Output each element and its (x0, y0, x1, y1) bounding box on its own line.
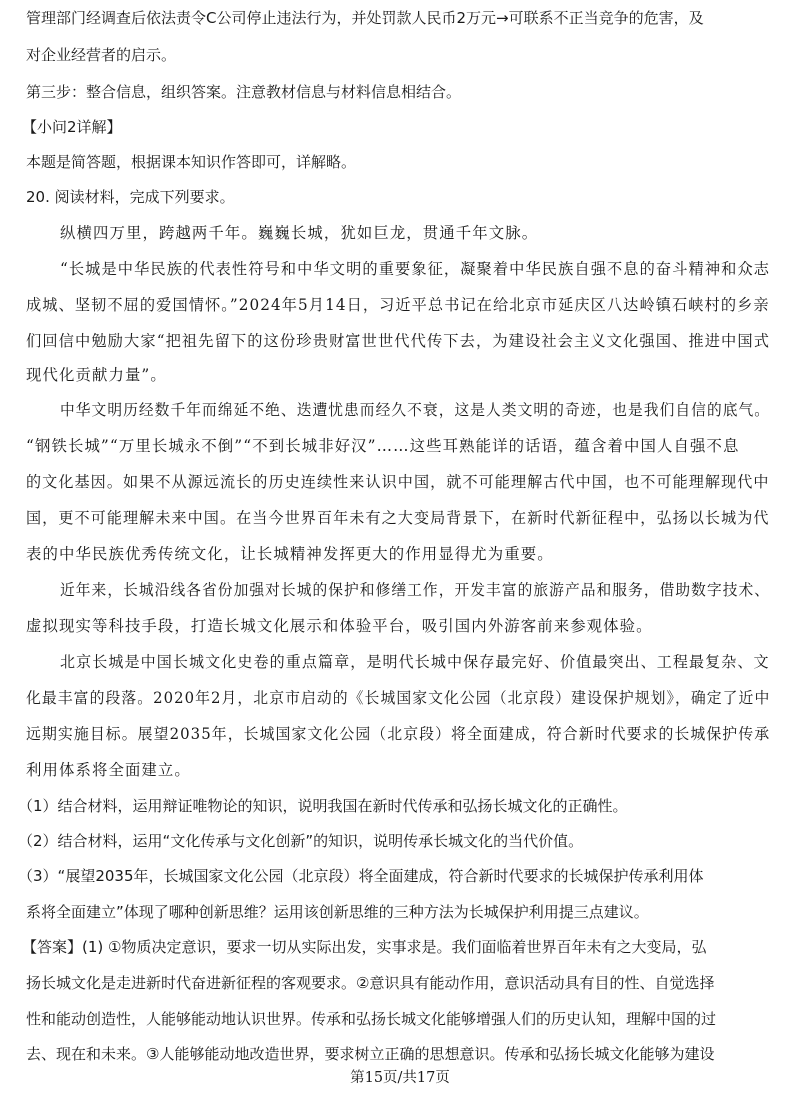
text-line: （2）结合材料，运用“文化传承与文化创新”的知识，说明传承长城文化的当代价值。 (18, 831, 583, 851)
text-line: 扬长城文化是走进新时代奋进新征程的客观要求。②意识具有能动作用，意识活动具有目的… (26, 973, 714, 993)
text-line: 纵横四万里，跨越两千年。巍巍长城，犹如巨龙，贯通千年文脉。 (60, 223, 538, 243)
text-line: 性和能动创造性，人能够能动地认识世界。传承和弘扬长城文化能够增强人们的历史认知，… (26, 1009, 716, 1029)
text-line: 们回信中勉励大家“把祖先留下的这份珍贵财富世世代代传下去，为建设社会主义文化强国… (26, 331, 770, 351)
text-line: 国，更不可能理解未来中国。在当今世界百年未有之大变局背景下，在新时代新征程中，弘… (26, 508, 770, 528)
text-line: “长城是中华民族的代表性符号和中华文明的重要象征，凝聚着中华民族自强不息的奋斗精… (60, 259, 770, 279)
text-line: 去、现在和未来。③人能够能动地改造世界，要求树立正确的思想意识。传承和弘扬长城文… (26, 1044, 714, 1064)
text-line: （3）“展望2035年，长城国家文化公园（北京段）将全面建成，符合新时代要求的长… (18, 866, 704, 886)
text-line: 对企业经营者的启示。 (26, 45, 176, 65)
text-line: 虚拟现实等科技手段，打造长城文化展示和体验平台，吸引国内外游客前来参观体验。 (26, 616, 653, 636)
text-line: 系将全面建立”体现了哪种创新思维？运用该创新思维的三种方法为长城保护利用提三点建… (26, 902, 649, 922)
page-number-footer: 第15页/共17页 (0, 1066, 800, 1087)
text-line: 第三步：整合信息，组织答案。注意教材信息与材料信息相结合。 (26, 82, 461, 102)
text-line: （1）结合材料，运用辩证唯物论的知识，说明我国在新时代传承和弘扬长城文化的正确性… (18, 796, 628, 816)
text-line: 近年来，长城沿线各省份加强对长城的保护和修缮工作，开发丰富的旅游产品和服务，借助… (60, 580, 770, 600)
text-line: 成城、坚韧不屈的爱国情怀。”2024年5月14日，习近平总书记在给北京市延庆区八… (26, 295, 770, 315)
text-line: 中华文明历经数千年而绵延不绝、迭遭忧患而经久不衰，这是人类文明的奇迹，也是我们自… (60, 400, 770, 420)
text-line: 20. 阅读材料，完成下列要求。 (26, 187, 235, 207)
text-line: 远期实施目标。展望2035年，长城国家文化公园（北京段）将全面建成，符合新时代要… (26, 724, 770, 744)
text-line: 管理部门经调查后依法责令C公司停止违法行为，并处罚款人民币2万元→可联系不正当竞… (26, 8, 704, 28)
text-line: 北京长城是中国长城文化史卷的重点篇章，是明代长城中保存最完好、价值最突出、工程最… (60, 652, 770, 672)
text-line: 【小问2详解】 (22, 117, 122, 137)
text-line: 化最丰富的段落。2020年2月，北京市启动的《长城国家文化公园（北京段）建设保护… (26, 688, 770, 708)
text-line: 本题是简答题，根据课本知识作答即可，详解略。 (26, 152, 356, 172)
text-line: 表的中华民族优秀传统文化，让长城精神发挥更大的作用显得尤为重要。 (26, 544, 554, 564)
text-line: 利用体系将全面建立。 (26, 760, 191, 780)
text-line: 现代化贡献力量”。 (26, 365, 167, 385)
text-line: 【答案】(1) ①物质决定意识，要求一切从实际出发，实事求是。我们面临着世界百年… (22, 937, 706, 957)
text-line: “钢铁长城”“万里长城永不倒”“不到长城非好汉”……这些耳熟能详的话语，蕴含着中… (26, 436, 739, 456)
text-line: 的文化基因。如果不从源远流长的历史连续性来认识中国，就不可能理解古代中国，也不可… (26, 472, 770, 492)
